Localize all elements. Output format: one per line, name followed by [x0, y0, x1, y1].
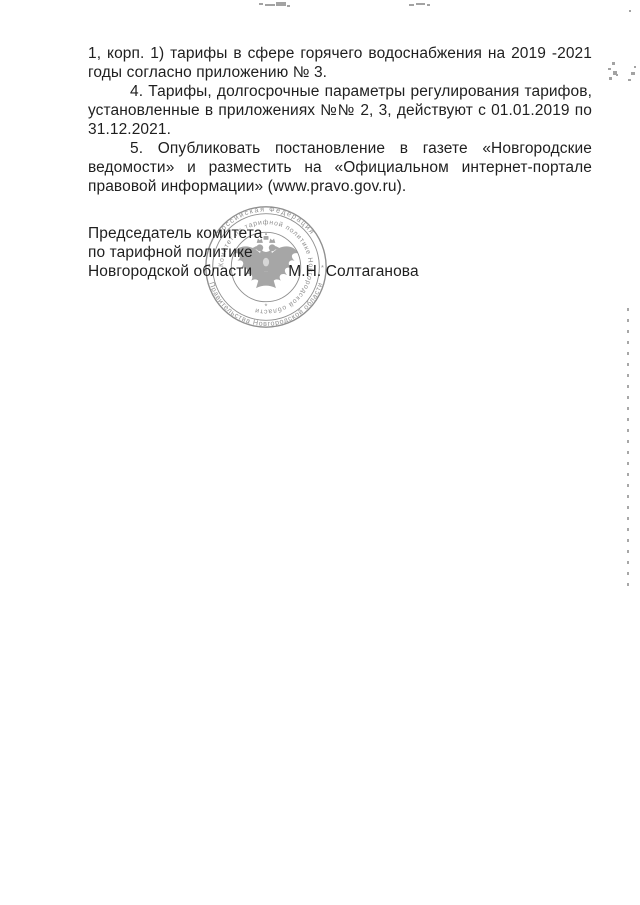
signer-region: Новгородской области: [88, 263, 252, 280]
body-line: 4. Тарифы, долгосрочные параметры регули…: [88, 82, 592, 101]
signer-title-line: Новгородской областиМ.Н. Солтаганова: [88, 262, 419, 281]
scan-artifact: [634, 66, 636, 68]
body-line: правовой информации» (www.pravo.gov.ru).: [88, 177, 592, 196]
scan-artifact: [409, 4, 414, 6]
scan-artifact: [427, 4, 430, 6]
scan-artifact: [616, 74, 618, 76]
document-page: Российская Федерация Правительства Новго…: [0, 0, 640, 905]
scan-artifact: [287, 5, 290, 7]
scan-artifact: [629, 10, 631, 12]
signer-name: М.Н. Солтаганова: [288, 263, 418, 280]
signer-title-line: по тарифной политике: [88, 243, 419, 262]
scan-artifact: [416, 3, 425, 5]
body-line: годы согласно приложению № 3.: [88, 63, 592, 82]
scan-artifact: [276, 2, 286, 6]
stamp-star: *: [265, 302, 268, 311]
signature-block: Председатель комитета по тарифной полити…: [88, 224, 419, 281]
body-line: установленные в приложениях №№ 2, 3, дей…: [88, 101, 592, 120]
scan-artifact: [628, 79, 631, 81]
scan-artifact: [608, 68, 611, 70]
signer-title-line: Председатель комитета: [88, 224, 419, 243]
scan-artifact: [609, 77, 612, 80]
scan-artifact: [631, 72, 635, 75]
scan-artifact: [612, 62, 615, 65]
scan-edge-dashes: [627, 308, 629, 590]
body-line: ведомости» и разместить на «Официальном …: [88, 158, 592, 177]
body-line: 5. Опубликовать постановление в газете «…: [88, 139, 592, 158]
body-line: 1, корп. 1) тарифы в сфере горячего водо…: [88, 44, 592, 63]
body-line: 31.12.2021.: [88, 120, 592, 139]
document-body: 1, корп. 1) тарифы в сфере горячего водо…: [88, 44, 592, 196]
scan-artifact: [265, 4, 275, 6]
scan-artifact: [259, 3, 263, 5]
